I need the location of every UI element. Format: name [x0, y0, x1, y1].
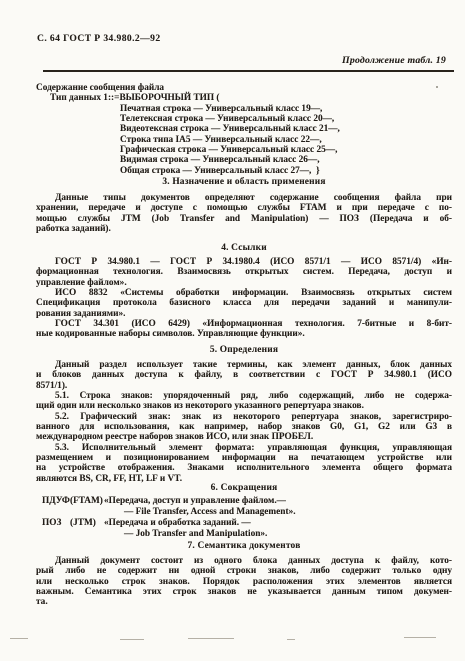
- text-line: рый либо не содержит ни одной строки зна…: [36, 566, 452, 576]
- table-continuation-note: Продолжение табл. 19: [342, 55, 446, 66]
- section-3-body: Данные типы документов определяют содерж…: [36, 193, 452, 234]
- section-6-body: ПДУФ(FTAM)«Передача, доступ и управление…: [36, 496, 452, 540]
- section-7-body: Данный документ состоит из одного блока …: [36, 556, 452, 608]
- abbreviation-definition: «Передача, доступ и управление файлом.—: [104, 496, 286, 506]
- section-6-heading: 6. Сокращения: [36, 483, 452, 493]
- scan-artifact: [404, 637, 436, 638]
- section-3-heading: 3. Назначение и область применения: [36, 177, 452, 187]
- string-type-item: Видимая строка — Универсальный класс 26—…: [36, 155, 452, 165]
- text-line: хранении, передаче и доступе с помощью с…: [36, 203, 452, 213]
- section-4-heading: 4. Ссылки: [36, 243, 452, 253]
- text-line: и блоков данных доступа к файлу, в соотв…: [36, 370, 452, 380]
- abbreviation-term: ПОЗ: [42, 518, 70, 529]
- text-line: или несколько строк знаков. Порядок расп…: [36, 577, 452, 587]
- scan-artifact: [10, 638, 28, 639]
- text-line: ГОСТ 34.301 (ИСО 6429) «Информационная т…: [36, 319, 452, 329]
- text-line: 5.3. Исполнительный элемент формата: упр…: [36, 443, 452, 453]
- abbreviation-entry: ПОЗ(JTM)«Передача и обработка заданий. —: [36, 518, 452, 529]
- abbreviation-latin: (FTAM): [70, 496, 104, 507]
- abbreviation-translation: — Job Transfer and Manipulation».: [36, 529, 452, 540]
- text-line: важным. Семантика этих строк знаков не у…: [36, 587, 452, 597]
- string-type-list: Печатная строка — Универсальный класс 19…: [36, 104, 452, 176]
- text-line: управление файлом».: [36, 278, 452, 288]
- string-type-item: Графическая строка — Универсальный класс…: [36, 145, 452, 155]
- abbreviation-latin: (JTM): [70, 518, 104, 529]
- text-line: работка заданий).: [36, 224, 452, 234]
- document-page: С. 64 ГОСТ Р 34.980.2—92 Продолжение таб…: [0, 0, 465, 661]
- abbreviation-term: ПДУФ: [42, 496, 70, 507]
- text-line: Спецификация протокола базисного класса …: [36, 298, 452, 308]
- section-7-heading: 7. Семантика документов: [36, 541, 452, 551]
- string-type-item: Общая строка — Универсальный класс 27—, …: [36, 166, 452, 176]
- preamble-title: Содержание сообщения файла: [36, 83, 452, 93]
- abbreviation-definition: «Передача и обработка заданий. —: [104, 518, 251, 528]
- text-line: на устройстве отображения. Знаками испол…: [36, 463, 452, 473]
- text-line: Данные типы документов определяют содерж…: [36, 193, 452, 203]
- string-type-item: Телетексная строка — Универсальный класс…: [36, 114, 452, 124]
- text-line: рования заданиями».: [36, 309, 452, 319]
- text-line: щий один или несколько знаков из некотор…: [36, 401, 452, 411]
- text-line: мощью службы JTM (Job Transfer and Manip…: [36, 214, 452, 224]
- text-line: ИСО 8832 «Системы обработки информации. …: [36, 288, 452, 298]
- string-type-item: Строка типа IA5 — Универсальный класс 22…: [36, 135, 452, 145]
- header-rule: [43, 70, 454, 72]
- text-line: 8571/1).: [36, 381, 452, 391]
- section-5-body: Данный раздел использует такие термины, …: [36, 360, 452, 484]
- file-message-contents-block: Содержание сообщения файла Тип данных 1:…: [36, 83, 452, 176]
- scan-artifact: [188, 638, 234, 639]
- scan-artifact: [120, 639, 144, 640]
- page-header: С. 64 ГОСТ Р 34.980.2—92: [37, 33, 161, 44]
- text-line: международном реестре наборов знаков ИСО…: [36, 432, 452, 442]
- string-type-item: Видеотексная строка — Универсальный клас…: [36, 124, 452, 134]
- text-line: Данный раздел использует такие термины, …: [36, 360, 452, 370]
- string-type-item: Печатная строка — Универсальный класс 19…: [36, 104, 452, 114]
- text-line: Данный документ состоит из одного блока …: [36, 556, 452, 566]
- abbreviation-entry: ПДУФ(FTAM)«Передача, доступ и управление…: [36, 496, 452, 507]
- text-line: та.: [36, 597, 452, 607]
- section-4-body: ГОСТ Р 34.980.1 — ГОСТ Р 34.1980.4 (ИСО …: [36, 257, 452, 340]
- text-line: ные кодированные наборы символов. Управл…: [36, 329, 452, 339]
- scan-artifact: [287, 639, 295, 640]
- text-line: 5.2. Графический знак: знак из некоторог…: [36, 412, 452, 422]
- preamble-type-line: Тип данных 1::=ВЫБОРОЧНЫЙ ТИП (: [36, 93, 452, 103]
- scan-artifact: [436, 86, 438, 88]
- text-line: размещением и позиционированием информац…: [36, 453, 452, 463]
- abbreviation-translation: — File Transfer, Access and Management».: [36, 507, 452, 518]
- text-line: ГОСТ Р 34.980.1 — ГОСТ Р 34.1980.4 (ИСО …: [36, 257, 452, 267]
- text-line: ванного для использования, как например,…: [36, 422, 452, 432]
- text-line: формационная технология. Взаимосвязь отк…: [36, 267, 452, 277]
- text-line: 5.1. Строка знаков: упорядоченный ряд, л…: [36, 391, 452, 401]
- section-5-heading: 5. Определения: [36, 345, 452, 355]
